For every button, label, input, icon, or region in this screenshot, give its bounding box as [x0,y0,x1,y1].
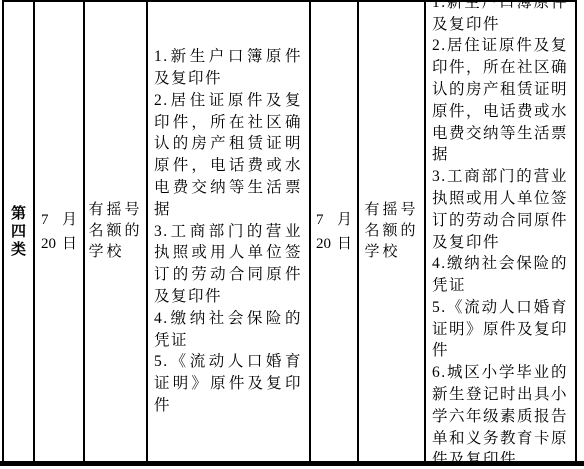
date-line: 7月 [41,208,77,232]
document-item: 2.居住证原件及复印件，所在社区确认的房产租赁证明原件，电话费或水电费交纳等生活… [432,35,568,166]
document-item: 6.城区小学毕业的新生登记时出具小学六年级素质报告单和义务教育卡原件及复印件 [432,362,568,461]
table-bottom-border [0,461,584,466]
document-item: 1.新生户口簿原件及复印件 [432,2,568,35]
document-item: 5.《流动人口婚育证明》原件及复印件 [154,351,302,416]
school-line: 学校 [365,242,419,263]
document-item: 3.工商部门的营业执照或用人单位签订的劳动合同原件及复印件 [432,166,568,253]
school-line: 名额的 [365,221,419,242]
school-line: 名额的 [89,221,143,242]
category-label: 第四类 [11,205,27,259]
school-right: 有摇号 名额的 学校 [365,200,419,263]
school-left: 有摇号 名额的 学校 [89,200,143,263]
document-item: 2.居住证原件及复印件，所在社区确认的房产租赁证明原件，电话费或水电费交纳等生活… [154,90,302,221]
documents-cell-left: 1.新生户口簿原件及复印件 2.居住证原件及复印件，所在社区确认的房产租赁证明原… [146,2,309,461]
date-left: 7月 20日 [41,208,77,256]
date-cell-right: 7月 20日 [309,2,357,461]
document-item: 4.缴纳社会保险的凭证 [432,253,568,297]
date-line: 20日 [316,232,352,256]
school-line: 有摇号 [365,200,419,221]
documents-cell-right: 1.新生户口簿原件及复印件 2.居住证原件及复印件，所在社区确认的房产租赁证明原… [424,2,577,461]
school-line: 有摇号 [89,200,143,221]
date-cell-left: 7月 20日 [33,2,83,461]
enrollment-table: 第四类 7月 20日 有摇号 名额的 学校 1.新生户口簿原件及复印件 2.居住… [0,0,584,469]
date-right: 7月 20日 [316,208,352,256]
date-line: 20日 [41,232,77,256]
school-cell-right: 有摇号 名额的 学校 [357,2,424,461]
document-item: 1.新生户口簿原件及复印件 [154,46,302,90]
school-cell-left: 有摇号 名额的 学校 [83,2,146,461]
document-item: 5.《流动人口婚育证明》原件及复印件 [432,297,568,362]
category-cell: 第四类 [2,2,33,461]
document-item: 4.缴纳社会保险的凭证 [154,308,302,352]
school-line: 学校 [89,242,143,263]
document-item: 3.工商部门的营业执照或用人单位签订的劳动合同原件及复印件 [154,221,302,308]
date-line: 7月 [316,208,352,232]
